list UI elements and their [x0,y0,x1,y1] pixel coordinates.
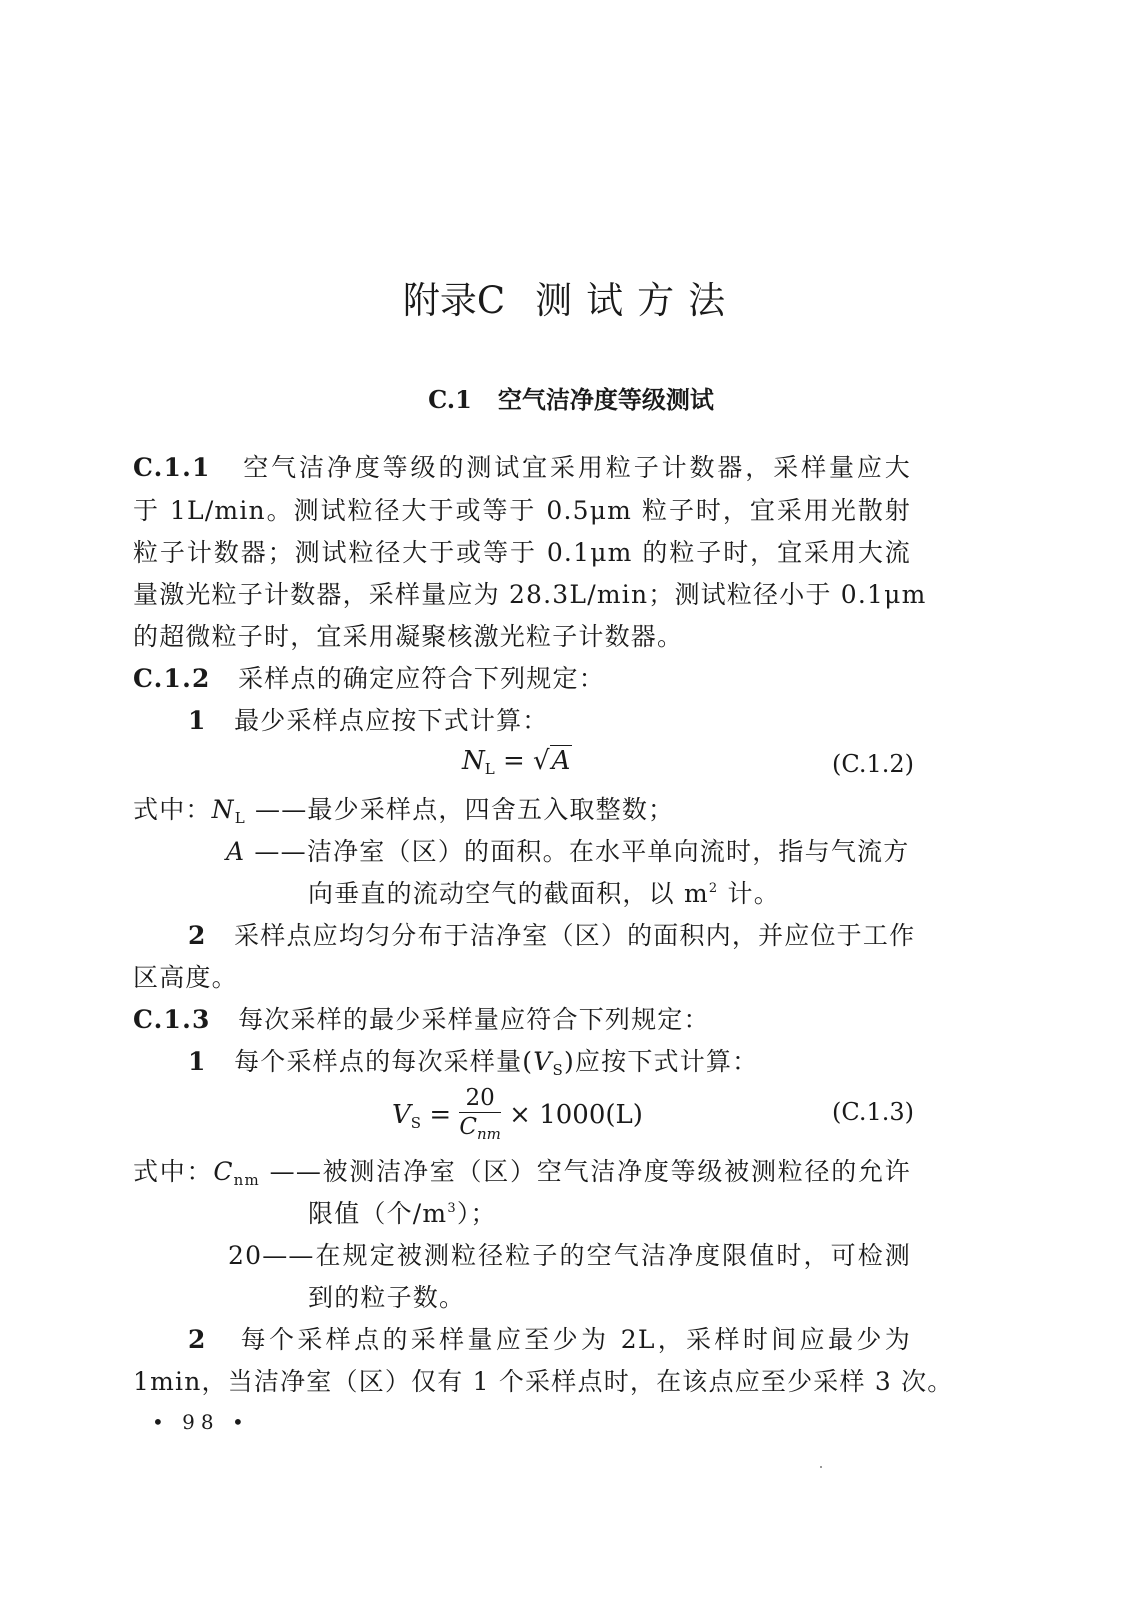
eq-sign: = [503,746,525,776]
clause-text: 采样点的确定应符合下列规定： [238,664,605,693]
clause-c111-line-3: 粒子计数器；测试粒径大于或等于 0.1μm 的粒子时，宜采用大流 [133,533,911,569]
item-number: 1 [188,706,207,735]
item-text: 每个采样点的每次采样量( [234,1047,533,1076]
section-heading: C.1空气洁净度等级测试 [0,380,1142,415]
where-label: 式中： [133,795,212,824]
def-text-end: 计。 [718,879,780,908]
scan-speck [820,1466,822,1468]
page-number: • 98 • [152,1410,250,1434]
clause-number: C.1.3 [133,1005,211,1034]
def-dash: —— [262,1241,314,1270]
clause-c111-line-1: C.1.1 空气洁净度等级的测试宜采用粒子计数器，采样量应大 [133,448,911,484]
where-cnm: 式中：Cnm ——被测洁净室（区）空气洁净度等级被测粒径的允许 [133,1152,911,1189]
clause-c113-item-2: 2 每个采样点的采样量应至少为 2L，采样时间应最少为 [188,1320,911,1356]
clause-c111-line-4: 量激光粒子计数器，采样量应为 28.3L/min；测试粒径小于 0.1μm [133,575,911,611]
denominator: Cnm [459,1113,501,1148]
symbol: V [533,1047,552,1076]
section-title: 空气洁净度等级测试 [498,386,714,414]
eq-lhs-sub: L [485,760,495,778]
where-a: A ——洁净室（区）的面积。在水平单向流时，指与气流方 [226,832,909,868]
def-symbol: A [226,837,245,866]
def-text: 在规定被测粒径粒子的空气洁净度限值时，可检测 [315,1241,911,1270]
appendix-label: 附录C [403,279,505,322]
item-text: 每个采样点的采样量应至少为 2L，采样时间应最少为 [241,1325,911,1354]
equation-c112: NL = √A [462,746,572,778]
def-text: 最少采样点，四舍五入取整数； [307,795,674,824]
def-text: 洁净室（区）的面积。在水平单向流时，指与气流方 [307,837,910,866]
clause-number: C.1.2 [133,664,211,693]
document-page: 附录C测试方法 C.1空气洁净度等级测试 C.1.1 空气洁净度等级的测试宜采用… [0,0,1142,1600]
where-nl: 式中：NL ——最少采样点，四舍五入取整数； [133,790,674,827]
def-text-end: ）； [457,1199,497,1228]
def-symbol-sub: L [235,809,246,827]
item-number: 2 [188,921,207,950]
superscript: 2 [709,881,718,896]
item-number: 1 [188,1047,207,1076]
where-label: 式中： [133,1157,213,1186]
clause-c113-item-2-cont: 1min，当洁净室（区）仅有 1 个采样点时，在该点应至少采样 3 次。 [133,1362,911,1398]
radicand: A [550,745,573,776]
clause-c113: C.1.3 每次采样的最少采样量应符合下列规定： [133,1000,710,1036]
clause-c112-item-2-cont: 区高度。 [133,958,238,994]
def-symbol: 20 [228,1241,262,1270]
appendix-heading: 测试方法 [535,279,739,322]
def-symbol-sub: nm [234,1171,260,1189]
symbol-sub: S [552,1061,563,1079]
radical-sign: √ [533,746,550,776]
def-dash: —— [254,837,306,866]
clause-text: 每次采样的最少采样量应符合下列规定： [238,1005,710,1034]
clause-c111-line-5: 的超微粒子时，宜采用凝聚核激光粒子计数器。 [133,617,683,653]
eq-lhs: N [462,746,485,776]
item-text-end: )应按下式计算： [564,1047,758,1076]
where-cnm-cont: 限值（个/m3）； [308,1194,497,1230]
fraction: 20Cnm [459,1084,501,1148]
clause-c112: C.1.2 采样点的确定应符合下列规定： [133,659,605,695]
clause-c112-item-1: 1 最少采样点应按下式计算： [188,701,548,737]
eq-lhs-sub: S [411,1114,421,1132]
def-text: 被测洁净室（区）空气洁净度等级被测粒径的允许 [322,1157,911,1186]
item-number: 2 [188,1325,207,1354]
where-20-cont: 到的粒子数。 [308,1278,465,1314]
den-sub: nm [477,1125,501,1143]
def-dash: —— [255,795,307,824]
where-a-cont: 向垂直的流动空气的截面积，以 m2 计。 [308,874,780,910]
section-number: C.1 [428,385,472,414]
clause-number: C.1.1 [133,453,211,482]
sqrt: √A [533,746,572,776]
item-text: 采样点应均匀分布于洁净室（区）的面积内，并应位于工作 [234,921,915,950]
clause-c113-item-1: 1 每个采样点的每次采样量(VS)应按下式计算： [188,1042,758,1079]
superscript: 3 [447,1201,456,1216]
def-text-cont: 向垂直的流动空气的截面积，以 m [308,879,709,908]
eq-rest: × 1000(L) [509,1100,643,1130]
def-symbol: N [212,795,235,824]
eq-sign: = [429,1100,451,1130]
appendix-title: 附录C测试方法 [0,270,1142,324]
clause-c112-item-2: 2 采样点应均匀分布于洁净室（区）的面积内，并应位于工作 [188,916,911,952]
equation-c113: VS = 20Cnm × 1000(L) [392,1084,643,1148]
def-text-cont: 限值（个/m [308,1199,447,1228]
item-text: 最少采样点应按下式计算： [234,706,548,735]
equation-number-c113: (C.1.3) [832,1098,914,1126]
eq-lhs: V [392,1100,411,1130]
def-dash: —— [270,1157,322,1186]
den-symbol: C [459,1114,477,1140]
numerator: 20 [459,1084,501,1113]
equation-number-c112: (C.1.2) [832,750,914,778]
where-20: 20——在规定被测粒径粒子的空气洁净度限值时，可检测 [228,1236,911,1272]
clause-text: 空气洁净度等级的测试宜采用粒子计数器，采样量应大 [243,453,911,482]
def-symbol: C [213,1157,233,1186]
clause-c111-line-2: 于 1L/min。测试粒径大于或等于 0.5μm 粒子时，宜采用光散射 [133,491,911,527]
